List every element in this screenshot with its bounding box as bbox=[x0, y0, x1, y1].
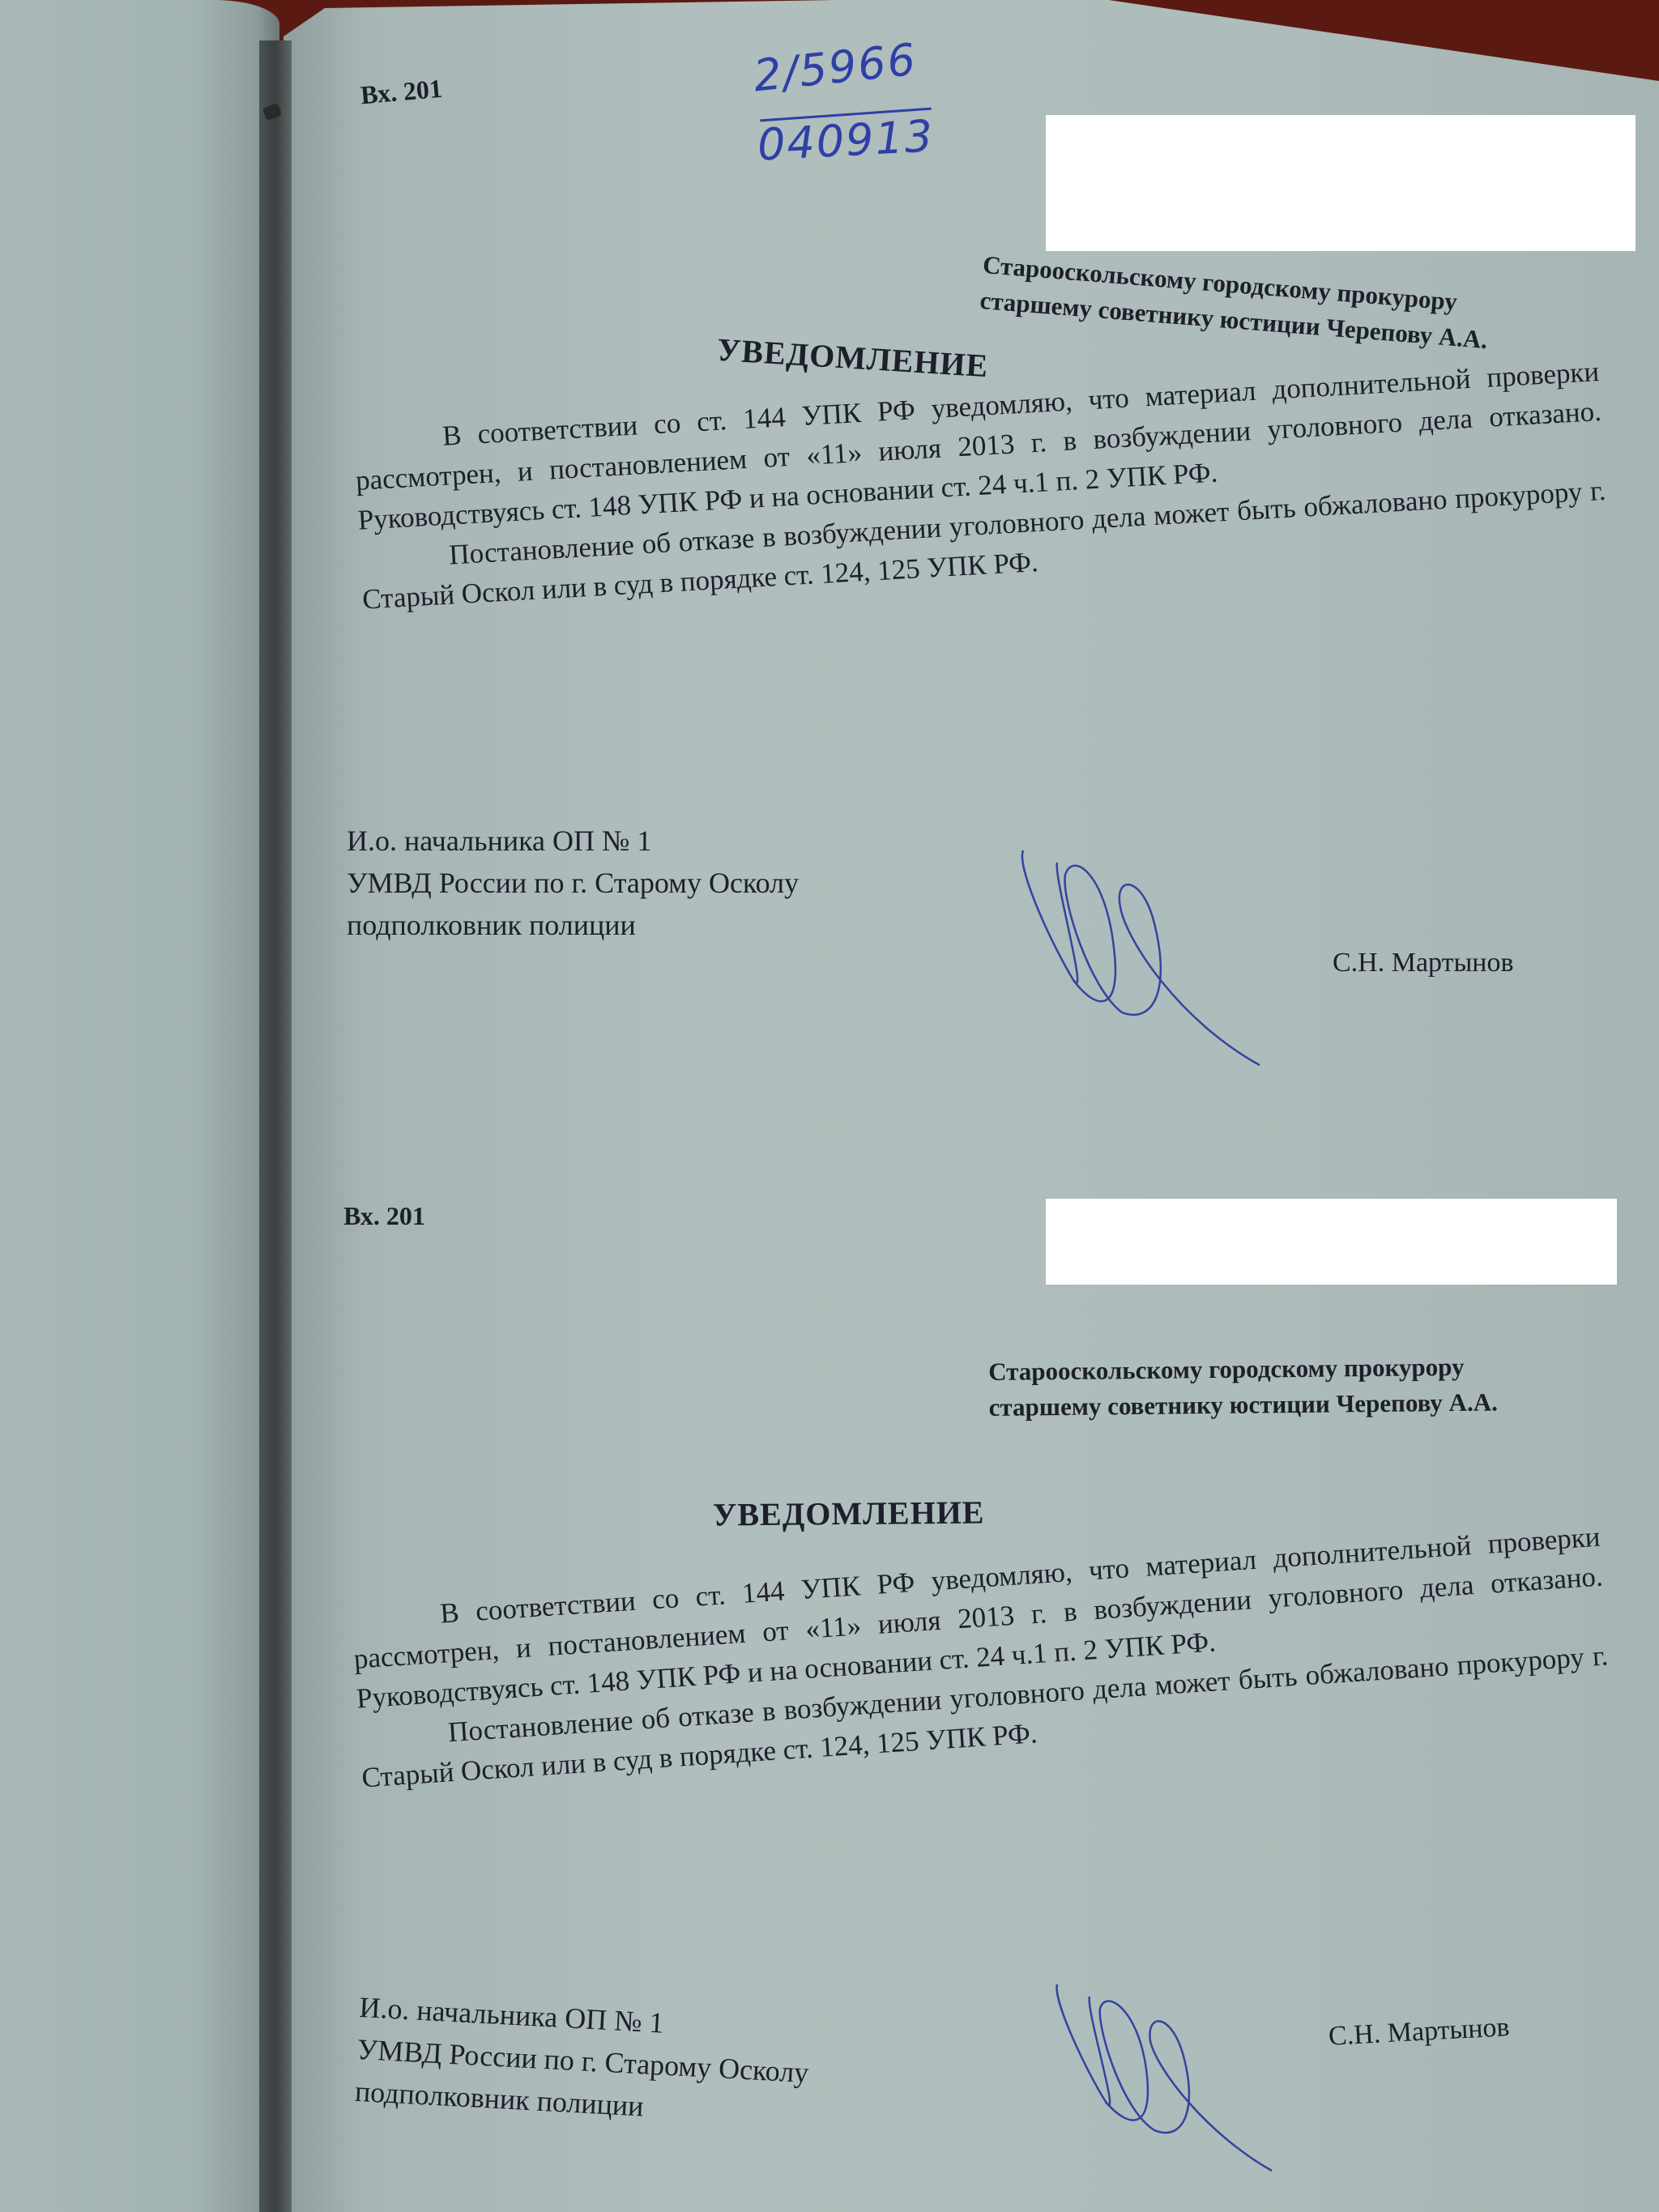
position-line: УМВД России по г. Старому Осколу bbox=[347, 862, 799, 904]
incoming-number: Вх. 201 bbox=[360, 74, 444, 111]
notice-title: УВЕДОМЛЕНИЕ bbox=[716, 330, 990, 385]
signatory-name: С.Н. Мартынов bbox=[1328, 2012, 1510, 2052]
addressee: Старооскольскому городскому прокурору ст… bbox=[988, 1349, 1498, 1426]
document-content: Вх. 201 2/5966 040913 Старооскольскому г… bbox=[0, 0, 1659, 2212]
notice-body: В соответствии со ст. 144 УПК РФ уведомл… bbox=[350, 1517, 1612, 1798]
position-line: И.о. начальника ОП № 1 bbox=[347, 820, 799, 862]
redaction-box bbox=[1046, 115, 1636, 251]
handwritten-signature bbox=[1053, 1980, 1345, 2175]
signatory-position: И.о. начальника ОП № 1 УМВД России по г.… bbox=[354, 1986, 812, 2136]
incoming-number: Вх. 201 bbox=[343, 1201, 425, 1231]
signatory-position: И.о. начальника ОП № 1 УМВД России по г.… bbox=[347, 820, 799, 946]
notice-body: В соответствии со ст. 144 УПК РФ уведомл… bbox=[352, 352, 1609, 620]
addressee: Старооскольскому городскому прокурору ст… bbox=[979, 247, 1491, 358]
notice-title: УВЕДОМЛЕНИЕ bbox=[713, 1494, 985, 1534]
addressee-line: старшему советнику юстиции Черепову А.А. bbox=[988, 1384, 1498, 1426]
handwritten-registration-number: 2/5966 bbox=[751, 34, 919, 102]
handwritten-registration-date: 040913 bbox=[757, 110, 936, 170]
position-line: подполковник полиции bbox=[347, 904, 799, 946]
redaction-box bbox=[1046, 1199, 1617, 1285]
addressee-line: Старооскольскому городскому прокурору bbox=[988, 1349, 1498, 1390]
handwritten-signature bbox=[1017, 842, 1324, 1069]
signatory-name: С.Н. Мартынов bbox=[1333, 948, 1514, 978]
